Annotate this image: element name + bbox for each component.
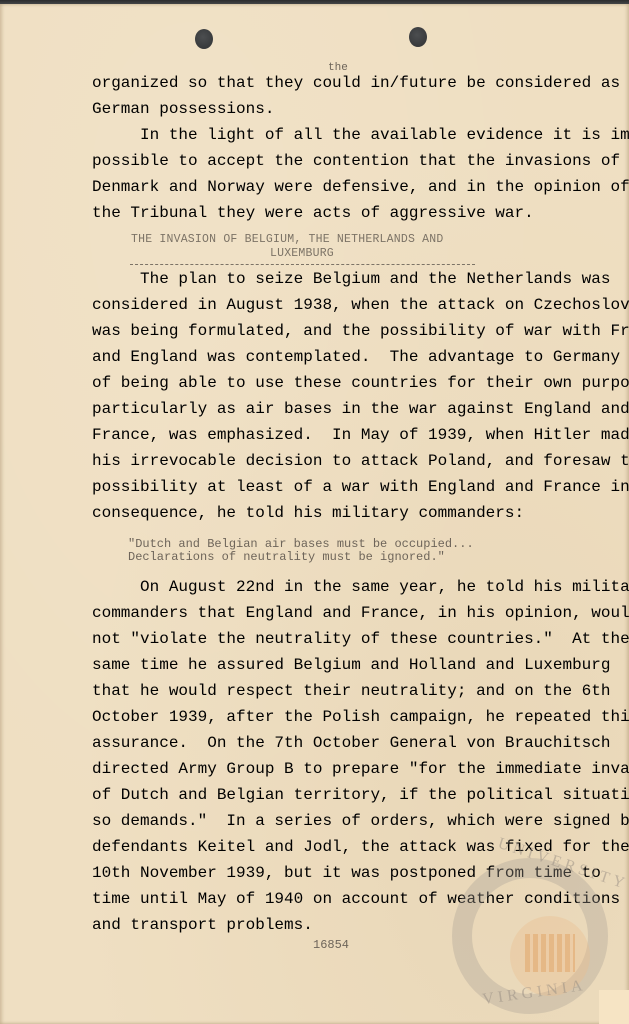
building-columns-icon [525,934,575,972]
text-line: of Dutch and Belgian territory, if the p… [92,786,629,804]
heading-underline [130,264,475,265]
typewritten-page: the organized so that they could in/futu… [0,4,629,1024]
punch-hole-icon [409,27,427,47]
text-line: directed Army Group B to prepare "for th… [92,760,629,778]
text-line: particularly as air bases in the war aga… [92,400,629,418]
page-number: 16854 [313,938,349,952]
text-line: commanders that England and France, in h… [92,604,629,622]
text-line: of being able to use these countries for… [92,374,629,392]
text-line: organized so that they could in/future b… [92,74,620,92]
text-line: not "violate the neutrality of these cou… [92,630,629,648]
text-line: same time he assured Belgium and Holland… [92,656,610,674]
text-line: and England was contemplated. The advant… [92,348,620,366]
text-line: October 1939, after the Polish campaign,… [92,708,629,726]
text-line: In the light of all the available eviden… [92,126,629,144]
text-line: the Tribunal they were acts of aggressiv… [92,204,534,222]
text-line: considered in August 1938, when the atta… [92,296,629,314]
block-quote-line: Declarations of neutrality must be ignor… [128,551,445,564]
handwritten-insertion: the [328,62,348,74]
text-line: German possessions. [92,100,274,118]
section-heading-continued: LUXEMBURG [270,247,334,260]
text-line: his irrevocable decision to attack Polan… [92,452,629,470]
text-line: that he would respect their neutrality; … [92,682,610,700]
text-line: consequence, he told his military comman… [92,504,524,522]
text-line: The plan to seize Belgium and the Nether… [92,270,610,288]
text-line: France, was emphasized. In May of 1939, … [92,426,629,444]
text-line: assurance. On the 7th October General vo… [92,734,610,752]
text-line: possibility at least of a war with Engla… [92,478,629,496]
page-corner [599,990,629,1024]
text-line: possible to accept the contention that t… [92,152,620,170]
text-line: was being formulated, and the possibilit… [92,322,629,340]
text-line: Denmark and Norway were defensive, and i… [92,178,629,196]
university-seal-watermark-icon: UNIVERSITY OF VIRGINIA [452,858,608,1014]
text-line: On August 22nd in the same year, he told… [92,578,629,596]
section-heading: THE INVASION OF BELGIUM, THE NETHERLANDS… [131,233,443,246]
text-line: and transport problems. [92,916,313,934]
text-line: so demands." In a series of orders, whic… [92,812,629,830]
punch-hole-icon [195,29,213,49]
